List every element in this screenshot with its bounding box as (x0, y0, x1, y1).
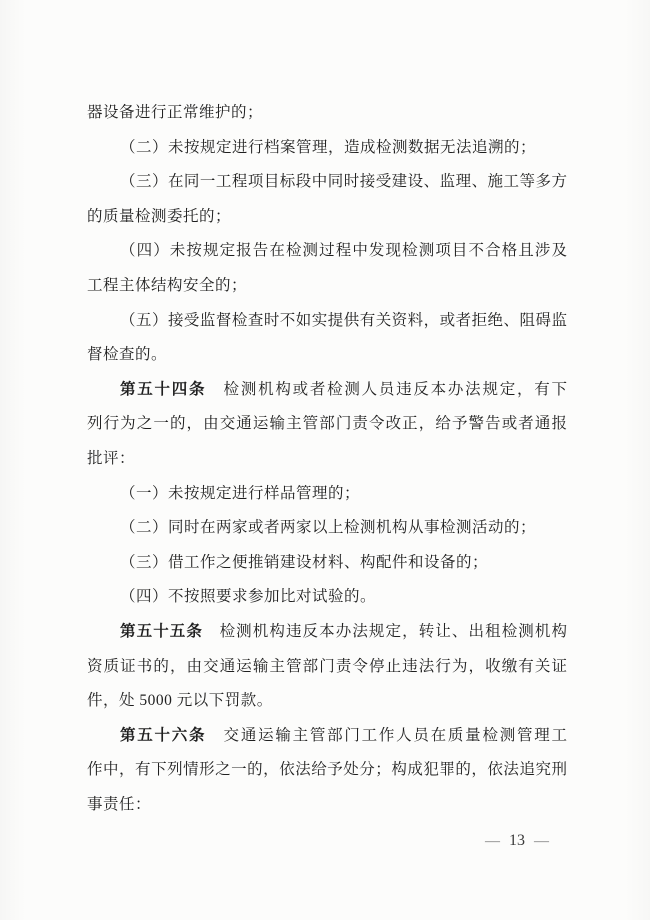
line-text: 批评： (87, 450, 135, 467)
text-line: 事责任： (87, 788, 567, 823)
text-line: （五）接受监督检查时不如实提供有关资料，或者拒绝、阻碍监 (87, 304, 567, 339)
line-text: 事责任： (87, 796, 151, 813)
text-line: 第五十四条 检测机构或者检测人员违反本办法规定，有下 (87, 373, 567, 408)
page-number-value: 13 (509, 832, 525, 850)
line-text: （三）在同一工程项目标段中同时接受建设、监理、施工等多方 (120, 173, 567, 190)
text-line: （二）未按规定进行档案管理，造成检测数据无法追溯的； (87, 131, 567, 166)
line-text: 检测机构违反本办法规定，转让、出租检测机构 (203, 623, 567, 640)
document-body: 器设备进行正常维护的； （二）未按规定进行档案管理，造成检测数据无法追溯的； （… (87, 96, 567, 822)
line-text: （四）不按照要求参加比对试验的。 (120, 588, 376, 605)
line-text: （二）未按规定进行档案管理，造成检测数据无法追溯的； (120, 139, 536, 156)
text-line: 器设备进行正常维护的； (87, 96, 567, 131)
line-text: （五）接受监督检查时不如实提供有关资料，或者拒绝、阻碍监 (120, 312, 567, 329)
line-text: （一）未按规定进行样品管理的； (120, 485, 360, 502)
text-line: （二）同时在两家或者两家以上检测机构从事检测活动的； (87, 511, 567, 546)
line-text: 的质量检测委托的； (87, 208, 231, 225)
article-number: 第五十五条 (120, 623, 203, 640)
page-number: — 13 — (462, 830, 572, 852)
page-number-dash-left: — (485, 834, 500, 848)
line-text: 资质证书的，由交通运输主管部门责令停止违法行为，收缴有关证 (87, 658, 567, 675)
line-text: 器设备进行正常维护的； (87, 104, 263, 121)
text-line: 列行为之一的，由交通运输主管部门责令改正，给予警告或者通报 (87, 407, 567, 442)
text-line: （三）在同一工程项目标段中同时接受建设、监理、施工等多方 (87, 165, 567, 200)
page-number-dash-right: — (534, 834, 549, 848)
text-line: （一）未按规定进行样品管理的； (87, 477, 567, 512)
line-text: 列行为之一的，由交通运输主管部门责令改正，给予警告或者通报 (87, 415, 567, 432)
text-line: （三）借工作之便推销建设材料、构配件和设备的； (87, 546, 567, 581)
text-line: 资质证书的，由交通运输主管部门责令停止违法行为，收缴有关证 (87, 650, 567, 685)
line-text: （四）未按规定报告在检测过程中发现检测项目不合格且涉及 (120, 242, 567, 259)
text-line: 督检查的。 (87, 338, 567, 373)
text-line: 件，处 5000 元以下罚款。 (87, 684, 567, 719)
line-text: （二）同时在两家或者两家以上检测机构从事检测活动的； (120, 519, 536, 536)
document-page: 器设备进行正常维护的； （二）未按规定进行档案管理，造成检测数据无法追溯的； （… (0, 0, 650, 920)
line-text: （三）借工作之便推销建设材料、构配件和设备的； (120, 554, 488, 571)
text-line: 批评： (87, 442, 567, 477)
line-text: 督检查的。 (87, 346, 167, 363)
article-number: 第五十四条 (120, 381, 206, 398)
line-text: 工程主体结构安全的； (87, 277, 247, 294)
line-text: 件，处 5000 元以下罚款。 (87, 692, 273, 709)
line-text: 检测机构或者检测人员违反本办法规定，有下 (206, 381, 567, 398)
article-number: 第五十六条 (120, 727, 206, 744)
text-line: （四）不按照要求参加比对试验的。 (87, 580, 567, 615)
text-line: 工程主体结构安全的； (87, 269, 567, 304)
line-text: 交通运输主管部门工作人员在质量检测管理工 (206, 727, 567, 744)
text-line: 作中，有下列情形之一的，依法给予处分；构成犯罪的，依法追究刑 (87, 753, 567, 788)
text-line: 的质量检测委托的； (87, 200, 567, 235)
line-text: 作中，有下列情形之一的，依法给予处分；构成犯罪的，依法追究刑 (87, 761, 567, 778)
text-line: （四）未按规定报告在检测过程中发现检测项目不合格且涉及 (87, 234, 567, 269)
text-line: 第五十六条 交通运输主管部门工作人员在质量检测管理工 (87, 719, 567, 754)
text-line: 第五十五条 检测机构违反本办法规定，转让、出租检测机构 (87, 615, 567, 650)
